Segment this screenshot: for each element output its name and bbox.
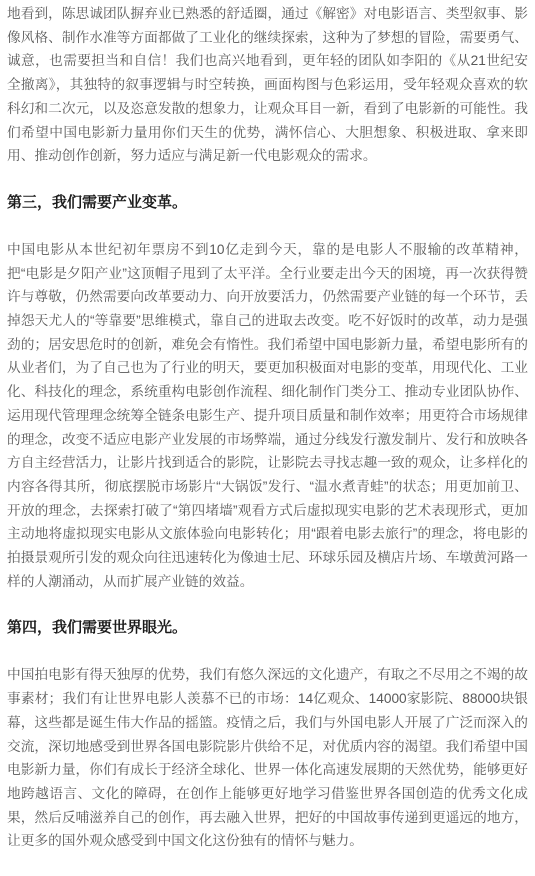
- paragraph-world-vision: 中国拍电影有得天独厚的优势，我们有悠久深远的文化遗产，有取之不尽用之不竭的故事素…: [7, 663, 528, 853]
- document-page: 地看到，陈思诚团队摒弃业已熟悉的舒适圈，通过《解密》对电影语言、类型叙事、影像风…: [0, 0, 535, 876]
- paragraph-continued: 地看到，陈思诚团队摒弃业已熟悉的舒适圈，通过《解密》对电影语言、类型叙事、影像风…: [7, 2, 528, 168]
- section-heading-three: 第三，我们需要产业变革。: [7, 191, 528, 215]
- paragraph-industry-reform: 中国电影从本世纪初年票房不到10亿走到今天，靠的是电影人不服输的改革精神，把“电…: [7, 238, 528, 594]
- section-heading-four: 第四，我们需要世界眼光。: [7, 616, 528, 640]
